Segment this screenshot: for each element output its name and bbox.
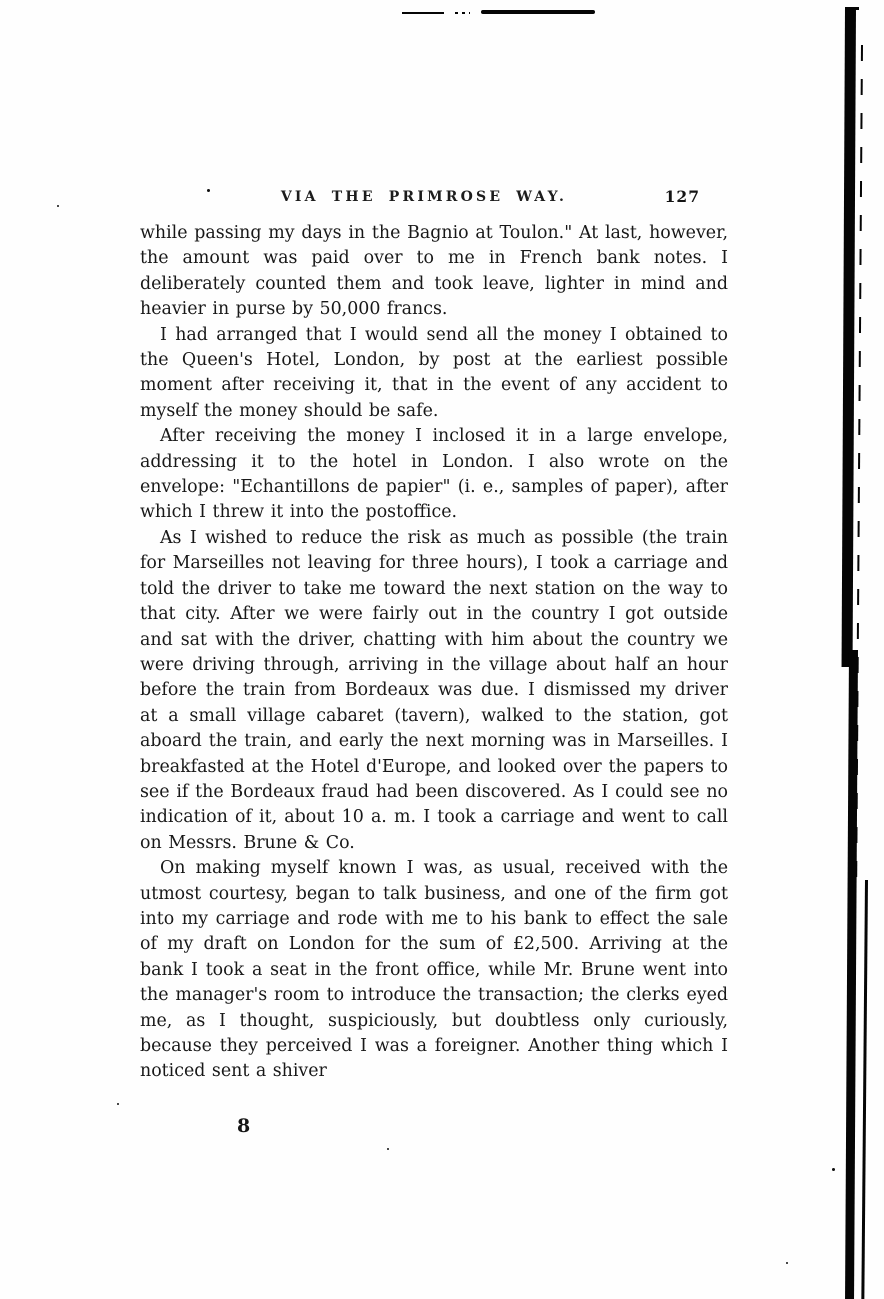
scan-speck	[832, 1168, 835, 1171]
body-paragraph: On making myself known I was, as usual, …	[140, 856, 728, 1085]
scan-speck	[57, 205, 59, 207]
body-paragraph: while passing my days in the Bagnio at T…	[140, 221, 728, 323]
scan-artifact-top-dash	[402, 12, 444, 14]
scan-artifact-secondary-line	[861, 880, 867, 1299]
page-number: 127	[665, 187, 700, 206]
body-text: while passing my days in the Bagnio at T…	[140, 221, 728, 1085]
scan-speck	[387, 1148, 389, 1150]
signature-mark: 8	[237, 1115, 250, 1137]
scan-artifact-top-dots	[455, 12, 470, 14]
running-title: VIA THE PRIMROSE WAY.	[130, 189, 718, 205]
scan-artifact-top-dash	[481, 10, 595, 14]
scan-artifact-secondary-line	[855, 45, 863, 885]
body-paragraph: After receiving the money I inclosed it …	[140, 424, 728, 526]
page-header: VIA THE PRIMROSE WAY. 127	[140, 189, 728, 211]
body-paragraph: I had arranged that I would send all the…	[140, 323, 728, 425]
scan-speck	[117, 1103, 119, 1105]
scan-speck	[786, 1262, 788, 1264]
scan-artifact-binding-line	[842, 7, 856, 667]
book-page: VIA THE PRIMROSE WAY. 127 while passing …	[0, 0, 884, 1299]
body-paragraph: As I wished to reduce the risk as much a…	[140, 526, 728, 856]
